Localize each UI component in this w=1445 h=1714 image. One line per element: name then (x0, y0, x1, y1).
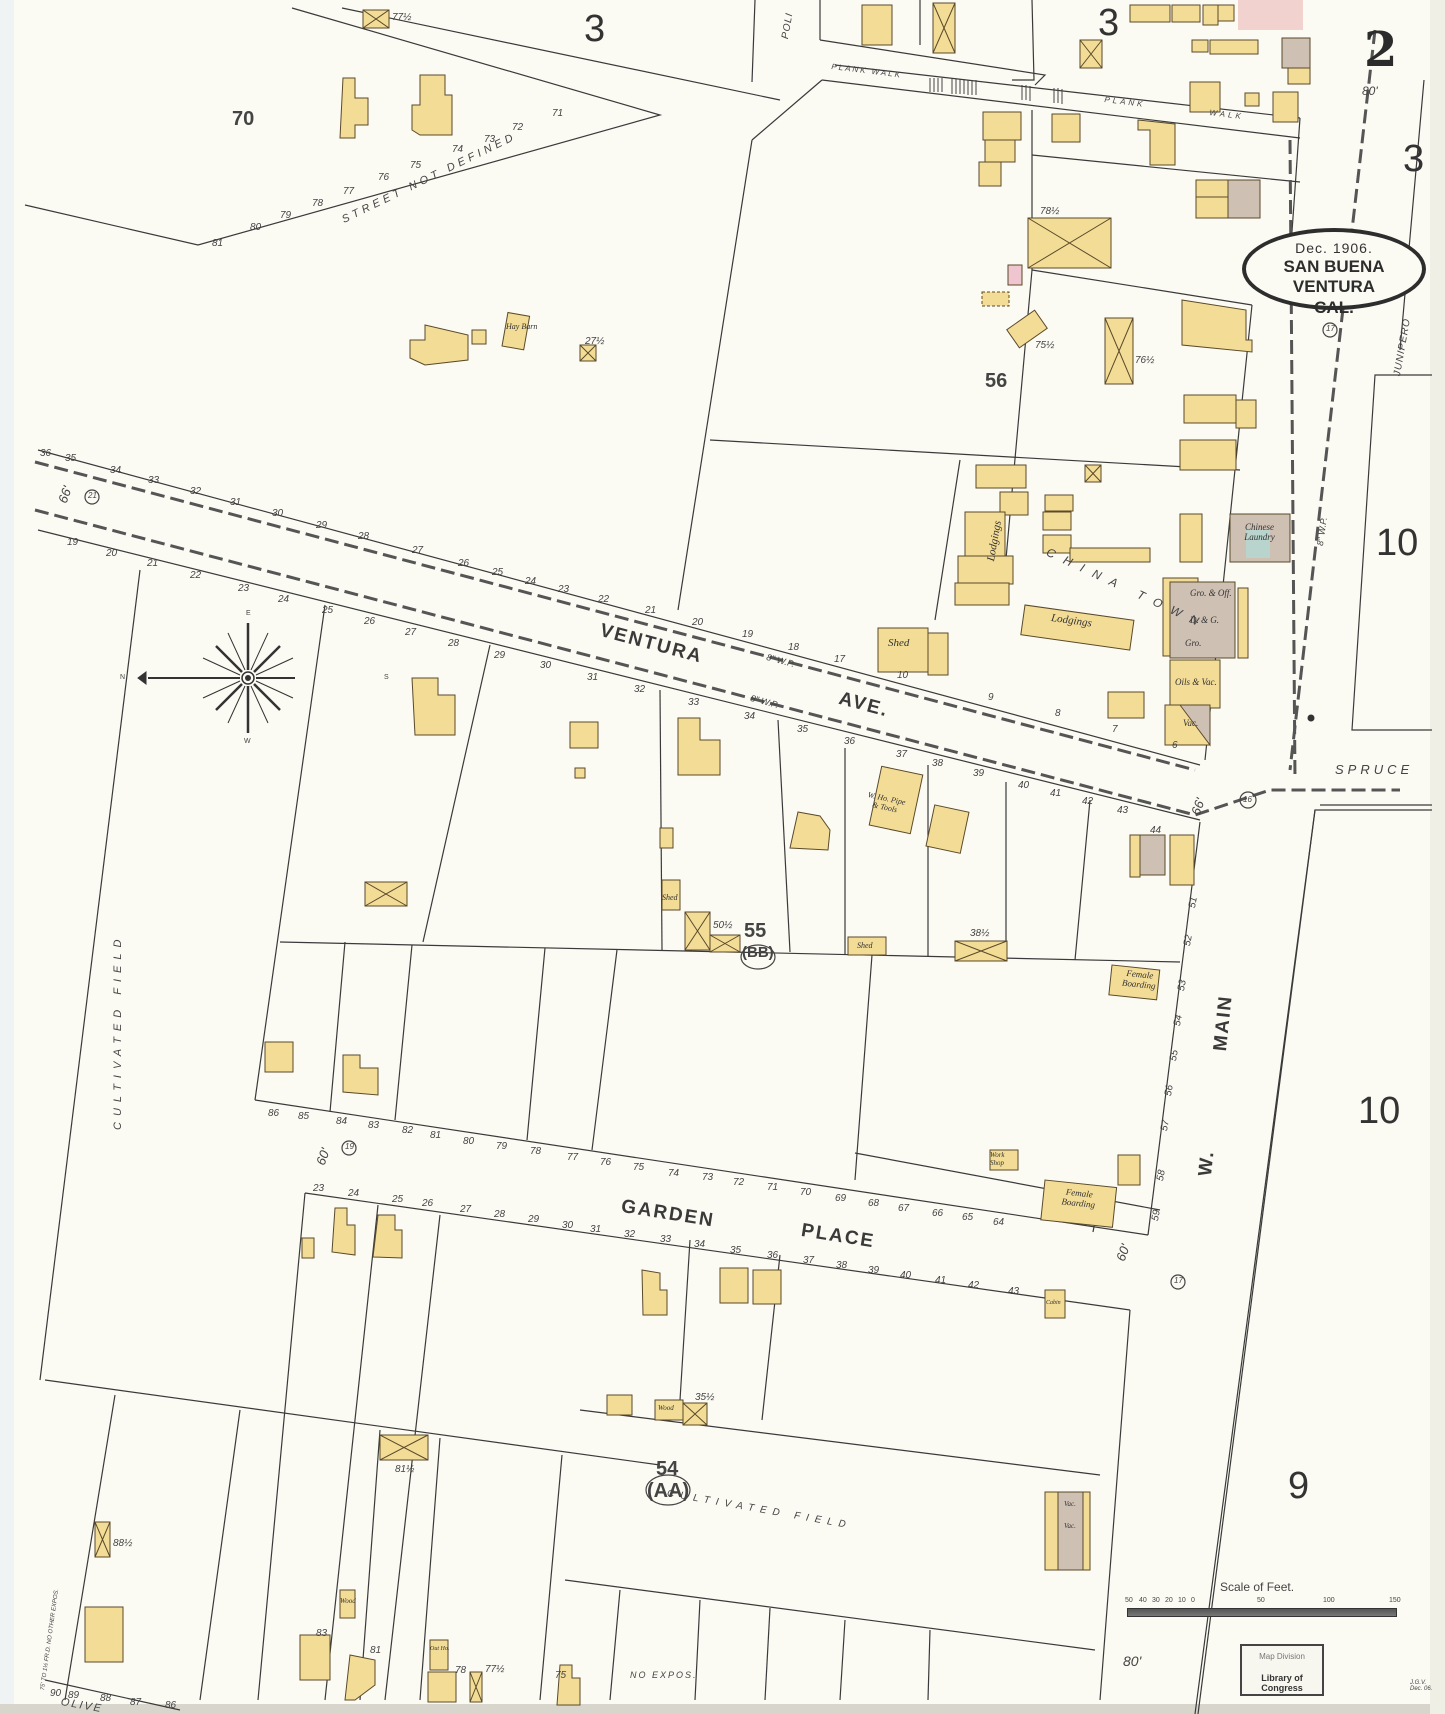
building-label: Shed (888, 637, 909, 649)
address-number: 6 (1172, 740, 1178, 751)
address-number: 81 (430, 1130, 441, 1141)
building-label: Work Shop (990, 1151, 1018, 1167)
address-number: 84 (336, 1116, 347, 1127)
adjacent-sheet-label: 3 (1403, 138, 1424, 181)
address-number: 37 (803, 1255, 814, 1266)
address-number: 33 (688, 697, 699, 708)
building-label: Shed (857, 941, 873, 950)
address-number: 67 (898, 1203, 909, 1214)
address-number: 41 (935, 1275, 946, 1286)
address-number: 83 (316, 1628, 327, 1639)
address-number: 73 (484, 134, 495, 145)
address-number: 28 (494, 1209, 505, 1220)
address-number: 81½ (395, 1464, 414, 1475)
address-number: 7 (1112, 724, 1118, 735)
address-number: 73 (702, 1172, 713, 1183)
address-number: 30 (540, 660, 551, 671)
address-number: 78 (530, 1146, 541, 1157)
address-number: 82 (402, 1125, 413, 1136)
address-number: 50½ (713, 920, 732, 931)
area-label-no-expos: NO EXPOS. (630, 1670, 698, 1680)
adjacent-sheet-label: 9 (1288, 1465, 1309, 1508)
address-number: 74 (452, 144, 463, 155)
stamp-line-2: Library of Congress (1242, 1673, 1322, 1693)
address-number: 22 (190, 570, 201, 581)
address-number: 54 (1172, 1014, 1185, 1027)
address-number: 25 (392, 1194, 403, 1205)
building-label: Gro. (1185, 638, 1201, 648)
address-number: 87 (130, 1697, 141, 1708)
address-number: 81 (370, 1645, 381, 1656)
address-number: 27 (460, 1204, 471, 1215)
building-label: Vac. (1064, 1500, 1076, 1508)
address-number: 58 (1155, 1169, 1168, 1182)
address-number: 36 (844, 736, 855, 747)
address-number: 38 (932, 758, 943, 769)
address-number: 25 (322, 605, 333, 616)
address-number: 77½ (392, 12, 411, 23)
address-number: 72 (512, 122, 523, 133)
compass-north-label: N (120, 674, 125, 681)
address-number: 32 (624, 1229, 635, 1240)
address-number: 55 (1168, 1049, 1181, 1062)
address-number: 27 (405, 627, 416, 638)
address-number: 79 (280, 210, 291, 221)
address-number: 24 (525, 576, 536, 587)
map-date: Dec. 1906. (1246, 240, 1422, 256)
address-number: 29 (316, 520, 327, 531)
scale-tick: 50 (1257, 1597, 1265, 1604)
address-number: 35 (65, 453, 76, 464)
hydrant-number: 19 (345, 1142, 354, 1151)
library-stamp: Map Division Library of Congress (1240, 1644, 1324, 1696)
address-number: 27 (412, 545, 423, 556)
address-number: 40 (1018, 780, 1029, 791)
address-number: 66 (932, 1208, 943, 1219)
address-number: 74 (668, 1168, 679, 1179)
address-number: 28 (448, 638, 459, 649)
address-number: 37 (896, 749, 907, 760)
address-number: 80 (463, 1136, 474, 1147)
address-number: 27½ (585, 336, 604, 347)
address-number: 34 (110, 465, 121, 476)
stamp-line-1: Map Division (1242, 1652, 1322, 1661)
address-number: 31 (230, 497, 241, 508)
scale-tick: 150 (1389, 1597, 1401, 1604)
address-number: 17 (834, 654, 845, 665)
address-number: 43 (1008, 1286, 1019, 1297)
address-number: 10 (897, 670, 908, 681)
address-number: 69 (835, 1193, 846, 1204)
hydrant-number: 16 (1243, 795, 1252, 804)
block-subnumber: (BB) (742, 944, 774, 961)
adjacent-sheet-label: 3 (1098, 2, 1119, 45)
address-number: 31 (590, 1224, 601, 1235)
address-number: 44 (1150, 825, 1161, 836)
address-number: 41 (1050, 788, 1061, 799)
address-number: 53 (1176, 979, 1189, 992)
scale-tick: 30 (1152, 1597, 1160, 1604)
address-number: 80 (250, 222, 261, 233)
address-number: 75 (555, 1670, 566, 1681)
address-number: 86 (268, 1108, 279, 1119)
building-label: D. & G. (1190, 615, 1219, 625)
building-label: Chinese Laundry (1232, 522, 1287, 542)
street-label-w: W. (1195, 1149, 1220, 1177)
scale-tick: 10 (1178, 1597, 1186, 1604)
address-number: 35 (730, 1245, 741, 1256)
address-number: 76 (600, 1157, 611, 1168)
address-number: 21 (645, 605, 656, 616)
scale-tick: 0 (1191, 1597, 1195, 1604)
address-number: 90 (50, 1688, 61, 1699)
scale-tick: 100 (1323, 1597, 1335, 1604)
address-number: 64 (993, 1217, 1004, 1228)
address-number: 36 (767, 1250, 778, 1261)
address-number: 86 (165, 1700, 176, 1711)
block-number: 54 (656, 1458, 678, 1481)
address-number: 88½ (113, 1538, 132, 1549)
building-label: Wood (340, 1597, 356, 1605)
area-label-cultivated-field: CULTIVATED FIELD (112, 934, 124, 1130)
compass-west-label: W (244, 738, 251, 745)
address-number: 57 (1159, 1119, 1172, 1132)
building-label: Out Ho. (430, 1646, 449, 1652)
address-number: 71 (552, 108, 563, 119)
address-number: 35 (797, 724, 808, 735)
address-number: 78 (455, 1665, 466, 1676)
address-number: 39 (973, 768, 984, 779)
address-number: 40 (900, 1270, 911, 1281)
block-number: 55 (744, 920, 766, 943)
hydrant-number: 17 (1326, 324, 1335, 333)
building-label: Oils & Vac. (1175, 677, 1217, 687)
building-label: Hay Barn (506, 322, 537, 331)
surveyor-initials: J.G.V. Dec. 06. (1410, 1680, 1440, 1692)
address-number: 26 (364, 616, 375, 627)
hydrant-number: 21 (88, 491, 97, 500)
address-number: 24 (348, 1188, 359, 1199)
address-number: 68 (868, 1198, 879, 1209)
address-number: 22 (598, 594, 609, 605)
address-number: 24 (278, 594, 289, 605)
address-number: 76 (378, 172, 389, 183)
address-number: 89 (68, 1690, 79, 1701)
address-number: 30 (272, 508, 283, 519)
sanborn-map-canvas (0, 0, 1445, 1714)
address-number: 29 (494, 650, 505, 661)
address-number: 20 (692, 617, 703, 628)
address-number: 31 (587, 672, 598, 683)
address-number: 85 (298, 1111, 309, 1122)
adjacent-sheet-label: 10 (1376, 522, 1418, 565)
address-number: 75½ (1035, 340, 1054, 351)
map-title-cartouche: Dec. 1906. SAN BUENA VENTURA CAL. (1242, 228, 1426, 310)
map-state: CAL. (1246, 298, 1422, 318)
address-number: 70 (800, 1187, 811, 1198)
hydrant-number: 17 (1174, 1276, 1183, 1285)
scale-bar (1127, 1608, 1397, 1617)
address-number: 23 (558, 584, 569, 595)
address-number: 75 (633, 1162, 644, 1173)
address-number: 32 (190, 486, 201, 497)
address-number: 76½ (1135, 355, 1154, 366)
address-number: 52 (1182, 934, 1195, 947)
address-number: 28 (358, 531, 369, 542)
map-city: SAN BUENA VENTURA (1246, 257, 1422, 297)
address-number: 78½ (1040, 206, 1059, 217)
address-number: 30 (562, 1220, 573, 1231)
address-number: 26 (422, 1198, 433, 1209)
compass-east-label: E (246, 610, 251, 617)
address-number: 21 (147, 558, 158, 569)
address-number: 18 (788, 642, 799, 653)
address-number: 78 (312, 198, 323, 209)
address-number: 32 (634, 684, 645, 695)
building-label: Vac. (1064, 1522, 1076, 1530)
scale-tick: 40 (1139, 1597, 1147, 1604)
address-number: 88 (100, 1693, 111, 1704)
scale-title: Scale of Feet. (1220, 1580, 1294, 1594)
address-number: 39 (868, 1265, 879, 1276)
address-number: 83 (368, 1120, 379, 1131)
building-label: Cabin (1046, 1300, 1061, 1306)
scale-tick: 50 (1125, 1597, 1133, 1604)
address-number: 23 (313, 1183, 324, 1194)
address-number: 38½ (970, 928, 989, 939)
compass-south-label: S (384, 674, 389, 681)
scale-tick: 20 (1165, 1597, 1173, 1604)
address-number: 36 (40, 448, 51, 459)
address-number: 77 (343, 186, 354, 197)
address-number: 81 (212, 238, 223, 249)
building-label: Vac. (1183, 718, 1198, 728)
address-number: 19 (67, 537, 78, 548)
address-number: 34 (694, 1239, 705, 1250)
address-number: 42 (968, 1280, 979, 1291)
address-number: 59 (1150, 1209, 1163, 1222)
address-number: 8 (1055, 708, 1061, 719)
address-number: 23 (238, 583, 249, 594)
address-number: 25 (492, 567, 503, 578)
address-number: 33 (148, 475, 159, 486)
address-number: 65 (962, 1212, 973, 1223)
address-number: 43 (1117, 805, 1128, 816)
address-number: 29 (528, 1214, 539, 1225)
address-number: 34 (744, 711, 755, 722)
street-width: 80' (1123, 1653, 1141, 1669)
address-number: 26 (458, 558, 469, 569)
address-number: 51 (1187, 896, 1200, 909)
building-label: Shed (662, 893, 678, 902)
address-number: 9 (988, 692, 994, 703)
address-number: 42 (1082, 796, 1093, 807)
address-number: 35½ (695, 1392, 714, 1403)
street-width: 80' (1362, 84, 1378, 98)
address-number: 71 (767, 1182, 778, 1193)
address-number: 77 (567, 1152, 578, 1163)
page-number: 2 (1364, 22, 1397, 78)
address-number: 75 (410, 160, 421, 171)
block-number: 56 (985, 370, 1007, 393)
building-label: Wood (658, 1404, 674, 1412)
address-number: 20 (106, 548, 117, 559)
adjacent-sheet-label: 3 (584, 8, 605, 51)
address-number: 79 (496, 1141, 507, 1152)
address-number: 38 (836, 1260, 847, 1271)
adjacent-sheet-label: 10 (1358, 1090, 1400, 1133)
address-number: 19 (742, 629, 753, 640)
address-number: 77½ (485, 1664, 504, 1675)
block-number: 70 (232, 108, 254, 131)
address-number: 56 (1163, 1084, 1176, 1097)
address-number: 33 (660, 1234, 671, 1245)
street-label-spruce: SPRUCE (1335, 762, 1413, 777)
building-label: Gro. & Off. (1190, 588, 1232, 598)
address-number: 72 (733, 1177, 744, 1188)
